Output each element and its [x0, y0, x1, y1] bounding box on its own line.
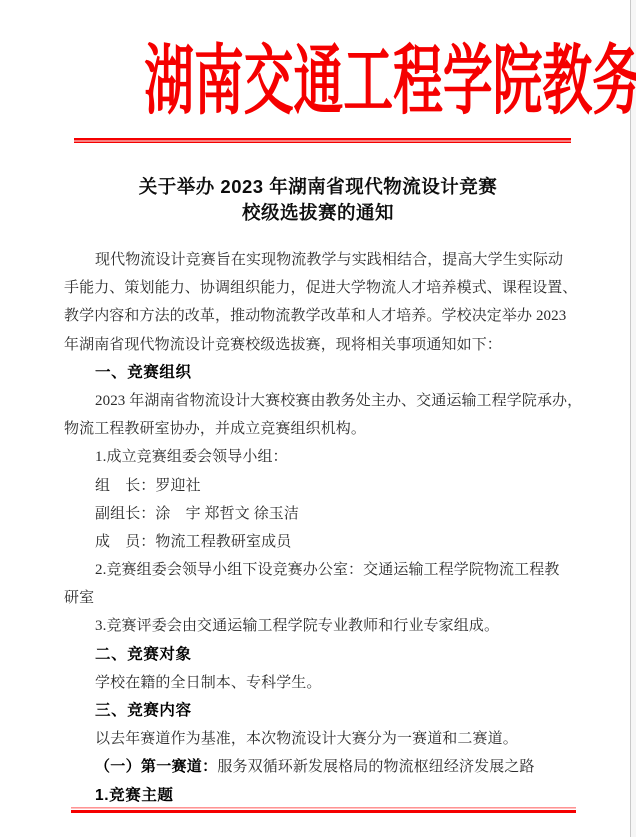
letterhead-org-name: 湖南交通工程学院教务处: [144, 34, 636, 130]
body-line: 教学内容和方法的改革，推动物流教学改革和人才培养。学校决定举办 2023: [64, 302, 580, 330]
footer-double-rule: [71, 807, 576, 813]
notice-title-line1: 关于举办 2023 年湖南省现代物流设计竞赛: [0, 174, 636, 200]
section-heading-3: 三、竞赛内容: [64, 697, 580, 725]
notice-body: 现代物流设计竞赛旨在实现物流教学与实践相结合，提高大学生实际动 手能力、策划能力…: [64, 246, 580, 810]
body-line: 年湖南省现代物流设计竞赛校级选拔赛，现将相关事项通知如下：: [64, 331, 580, 359]
deputy-leader-line: 副组长：涂 宇 郑哲文 徐玉洁: [64, 500, 580, 528]
body-line: 以去年赛道作为基准，本次物流设计大赛分为一赛道和二赛道。: [64, 725, 580, 753]
section-heading-2: 二、竞赛对象: [64, 641, 580, 669]
section-heading-1: 一、竞赛组织: [64, 359, 580, 387]
body-line: 学校在籍的全日制本、专科学生。: [64, 669, 580, 697]
body-line: 研室: [64, 584, 580, 612]
members-line: 成 员：物流工程教研室成员: [64, 528, 580, 556]
document-page: 湖南交通工程学院教务处 关于举办 2023 年湖南省现代物流设计竞赛 校级选拔赛…: [0, 0, 636, 837]
list-item-3: 3.竞赛评委会由交通运输工程学院专业教师和行业专家组成。: [64, 612, 580, 640]
letterhead-double-rule: [74, 138, 571, 143]
body-line: 物流工程教研室协办，并成立竞赛组织机构。: [64, 415, 580, 443]
track1-text: 服务双循环新发展格局的物流枢纽经济发展之路: [217, 759, 534, 775]
track1-line: （一）第一赛道：服务双循环新发展格局的物流枢纽经济发展之路: [64, 753, 580, 781]
list-item-1: 1.成立竞赛组委会领导小组：: [64, 443, 580, 471]
list-item-2: 2.竞赛组委会领导小组下设竞赛办公室：交通运输工程学院物流工程教: [64, 556, 580, 584]
letterhead: 湖南交通工程学院教务处: [0, 34, 636, 130]
body-line: 现代物流设计竞赛旨在实现物流教学与实践相结合，提高大学生实际动: [64, 246, 580, 274]
body-line: 2023 年湖南省物流设计大赛校赛由教务处主办、交通运输工程学院承办，: [64, 387, 580, 415]
leader-line: 组 长：罗迎社: [64, 472, 580, 500]
body-line: 手能力、策划能力、协调组织能力，促进大学物流人才培养模式、课程设置、: [64, 274, 580, 302]
notice-title-line2: 校级选拔赛的通知: [0, 200, 636, 226]
subsection-heading-theme: 1.竞赛主题: [64, 782, 580, 810]
notice-title: 关于举办 2023 年湖南省现代物流设计竞赛 校级选拔赛的通知: [0, 174, 636, 225]
track1-label: （一）第一赛道：: [95, 758, 217, 775]
